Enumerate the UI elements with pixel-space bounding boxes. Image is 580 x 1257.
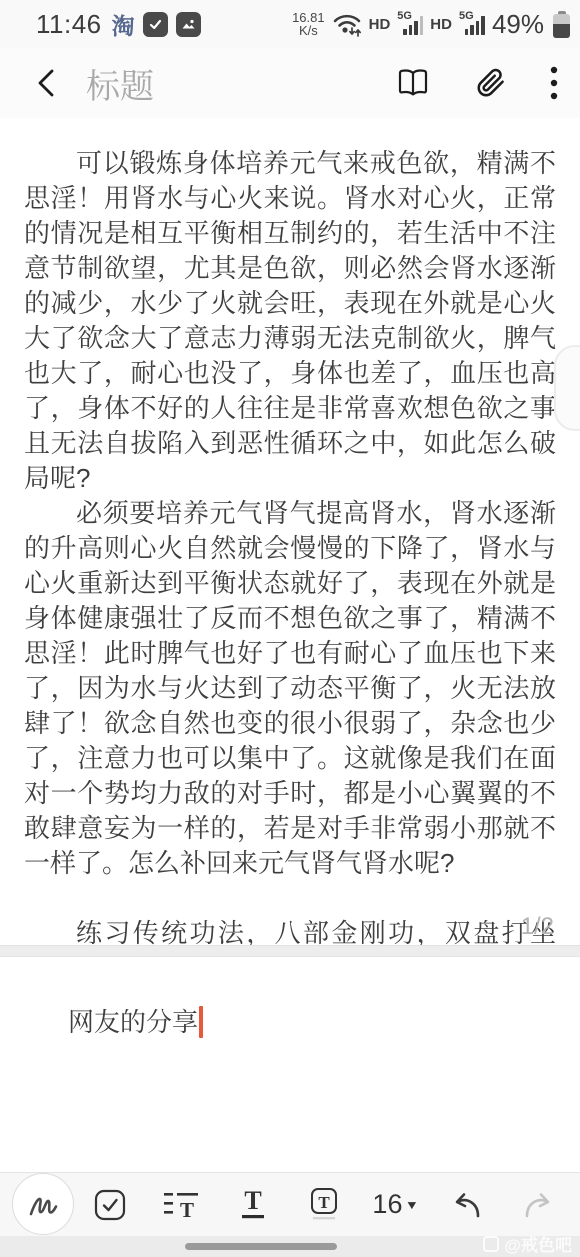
text-color-button[interactable]: T: [288, 1186, 359, 1224]
network-speed: 16.81 K/s: [292, 11, 325, 37]
notification-icons: 淘: [112, 8, 201, 41]
page-indicator: 1/2: [521, 913, 554, 941]
more-menu-button[interactable]: [550, 66, 558, 100]
back-button[interactable]: [34, 67, 58, 99]
paragraph: 必须要培养元气肾气提高肾水，肾水逐渐的升高则心火自然就会慢慢的下降了，肾水与心火…: [24, 496, 556, 881]
text-style-button[interactable]: T: [217, 1187, 288, 1223]
font-size-dropdown[interactable]: 16 ▼: [360, 1189, 431, 1220]
status-bar-right: 16.81 K/s HD 5G: [292, 9, 570, 40]
phone-screen: 11:46 淘 16.81 K/s: [0, 0, 580, 1257]
paragraph: 可以锻炼身体培养元气来戒色欲，精满不思淫！用肾水与心火来说。肾水对心火，正常的情…: [24, 146, 556, 496]
text-style-icon: T: [237, 1187, 269, 1223]
taobao-notification-icon: 淘: [112, 8, 135, 41]
watermark: @戒色吧: [483, 1231, 572, 1256]
note-page-1[interactable]: 可以锻炼身体培养元气来戒色欲，精满不思淫！用肾水与心火来说。肾水对心火，正常的情…: [0, 118, 580, 945]
sim1-signal-5g-icon: 5G: [397, 10, 423, 38]
pen-scribble-icon: [26, 1189, 60, 1219]
page-divider: [0, 945, 580, 957]
screenshot-notification-icon: [176, 12, 201, 37]
font-size-value: 16: [372, 1189, 402, 1220]
text-cursor: [199, 1006, 203, 1038]
open-book-icon: [396, 67, 430, 99]
editing-text: 网友的分享: [68, 1007, 198, 1037]
text-color-icon: T: [307, 1186, 341, 1224]
serif-t-glyph: T: [318, 1193, 330, 1212]
watermark-text: @戒色吧: [504, 1231, 572, 1256]
redo-button[interactable]: [503, 1189, 574, 1221]
dropdown-arrow-icon: ▼: [405, 1198, 419, 1212]
note-page-2[interactable]: 网友的分享: [0, 957, 580, 1172]
home-indicator[interactable]: [185, 1243, 337, 1250]
kebab-menu-icon: [550, 66, 558, 100]
network-speed-unit: K/s: [299, 24, 318, 37]
battery-icon: [553, 11, 570, 38]
status-bar: 11:46 淘 16.81 K/s: [0, 0, 580, 48]
paragraph-style-icon: T: [162, 1188, 200, 1222]
sim2-signal-5g-icon: 5G: [459, 10, 485, 38]
paperclip-icon: [474, 67, 506, 99]
checklist-icon: [92, 1187, 128, 1223]
handwriting-mode-button[interactable]: [12, 1173, 74, 1235]
clock: 11:46: [36, 9, 102, 40]
redo-icon: [521, 1189, 555, 1221]
wifi-icon: [332, 10, 362, 38]
paragraph-style-button[interactable]: T: [145, 1188, 216, 1222]
sim2-hd-badge: HD: [430, 16, 452, 33]
serif-t-glyph: T: [180, 1198, 194, 1222]
undo-button[interactable]: [431, 1189, 502, 1221]
scroll-handle[interactable]: [554, 345, 580, 431]
attachment-button[interactable]: [474, 67, 506, 99]
paragraph: 练习传统功法，八部金刚功，双盘打坐等。: [24, 916, 556, 945]
watermark-logo-icon: [483, 1236, 499, 1252]
reader-mode-button[interactable]: [396, 67, 430, 99]
note-header: 标题: [0, 48, 580, 118]
checkbox-notification-icon: [143, 12, 168, 37]
sim1-hd-badge: HD: [369, 16, 391, 33]
editor-toolbar: T T T 16 ▼: [0, 1172, 580, 1236]
battery-percent: 49%: [492, 9, 544, 40]
undo-icon: [450, 1189, 484, 1221]
insert-checklist-button[interactable]: [74, 1187, 145, 1223]
serif-t-glyph: T: [244, 1187, 261, 1215]
note-title-placeholder[interactable]: 标题: [86, 59, 154, 108]
